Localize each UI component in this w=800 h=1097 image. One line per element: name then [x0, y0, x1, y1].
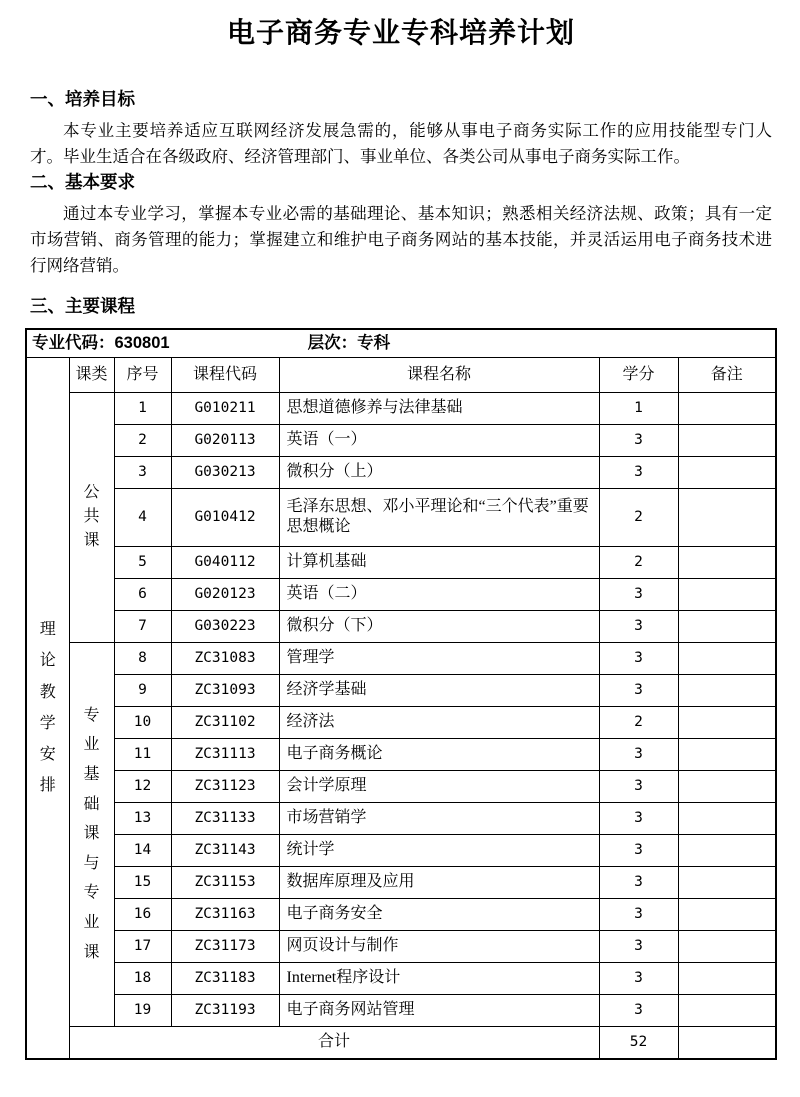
course-remarks-cell [678, 706, 776, 738]
course-remarks-cell [678, 770, 776, 802]
course-no-cell: 4 [114, 488, 171, 546]
course-credits-cell: 3 [599, 738, 678, 770]
course-name-cell: 市场营销学 [279, 802, 599, 834]
course-remarks-cell [678, 994, 776, 1026]
course-row: 专业基础课与专业课 8 ZC31083 管理学 3 [26, 642, 776, 674]
course-code-cell: G030223 [171, 610, 279, 642]
course-remarks-cell [678, 546, 776, 578]
course-code-cell: ZC31083 [171, 642, 279, 674]
course-credits-cell: 3 [599, 962, 678, 994]
course-code-cell: ZC31153 [171, 866, 279, 898]
header-remarks: 备注 [678, 357, 776, 392]
course-row: 16 ZC31163 电子商务安全 3 [26, 898, 776, 930]
course-row: 11 ZC31113 电子商务概论 3 [26, 738, 776, 770]
course-credits-cell: 1 [599, 392, 678, 424]
document-page: 电子商务专业专科培养计划 一、培养目标 本专业主要培养适应互联网经济发展急需的，… [0, 0, 800, 1060]
course-no-cell: 18 [114, 962, 171, 994]
course-no-cell: 14 [114, 834, 171, 866]
course-name-cell: 微积分（上） [279, 456, 599, 488]
course-no-cell: 2 [114, 424, 171, 456]
course-remarks-cell [678, 610, 776, 642]
course-remarks-cell [678, 456, 776, 488]
course-name-cell: 网页设计与制作 [279, 930, 599, 962]
course-row: 10 ZC31102 经济法 2 [26, 706, 776, 738]
total-remarks-cell [678, 1026, 776, 1059]
header-credits: 学分 [599, 357, 678, 392]
course-row: 7 G030223 微积分（下） 3 [26, 610, 776, 642]
course-credits-cell: 3 [599, 610, 678, 642]
table-info-row: 专业代码：630801 层次：专科 [26, 329, 776, 357]
course-credits-cell: 3 [599, 456, 678, 488]
course-remarks-cell [678, 642, 776, 674]
course-name-cell: 思想道德修养与法律基础 [279, 392, 599, 424]
header-index: 序号 [114, 357, 171, 392]
course-name-cell: 经济学基础 [279, 674, 599, 706]
course-remarks-cell [678, 802, 776, 834]
category-professional-text: 专业基础课与专业课 [82, 701, 100, 967]
course-name-cell: 英语（一） [279, 424, 599, 456]
course-name-cell: 会计学原理 [279, 770, 599, 802]
course-credits-cell: 2 [599, 488, 678, 546]
section-courses-heading: 三、主要课程 [30, 296, 772, 316]
section-goal-paragraph: 本专业主要培养适应互联网经济发展急需的，能够从事电子商务实际工作的应用技能型专门… [30, 118, 772, 170]
course-name-cell: Internet程序设计 [279, 962, 599, 994]
course-no-cell: 7 [114, 610, 171, 642]
course-no-cell: 16 [114, 898, 171, 930]
course-code-cell: ZC31173 [171, 930, 279, 962]
course-name-cell: 统计学 [279, 834, 599, 866]
course-remarks-cell [678, 578, 776, 610]
course-row: 9 ZC31093 经济学基础 3 [26, 674, 776, 706]
course-credits-cell: 3 [599, 674, 678, 706]
course-name-cell: 经济法 [279, 706, 599, 738]
course-row: 12 ZC31123 会计学原理 3 [26, 770, 776, 802]
course-credits-cell: 3 [599, 834, 678, 866]
table-header-row: 理论教学安排 课类 序号 课程代码 课程名称 学分 备注 [26, 357, 776, 392]
course-credits-cell: 3 [599, 802, 678, 834]
course-code-cell: ZC31183 [171, 962, 279, 994]
group-label-cell: 理论教学安排 [26, 357, 69, 1059]
course-code-cell: ZC31193 [171, 994, 279, 1026]
header-code: 课程代码 [171, 357, 279, 392]
course-row: 14 ZC31143 统计学 3 [26, 834, 776, 866]
course-credits-cell: 3 [599, 994, 678, 1026]
course-row: 4 G010412 毛泽东思想、邓小平理论和“三个代表”重要思想概论 2 [26, 488, 776, 546]
course-remarks-cell [678, 488, 776, 546]
course-remarks-cell [678, 898, 776, 930]
header-name: 课程名称 [279, 357, 599, 392]
course-table: 专业代码：630801 层次：专科 理论教学安排 课类 序号 课程代码 课程名称… [25, 328, 777, 1060]
major-code-text: 专业代码：630801 [27, 333, 303, 354]
info-cell: 专业代码：630801 层次：专科 [26, 329, 776, 357]
header-category: 课类 [69, 357, 114, 392]
course-code-cell: G010211 [171, 392, 279, 424]
course-code-cell: G020113 [171, 424, 279, 456]
course-no-cell: 13 [114, 802, 171, 834]
category-public-cell: 公共课 [69, 392, 114, 642]
course-no-cell: 1 [114, 392, 171, 424]
course-credits-cell: 3 [599, 898, 678, 930]
total-row: 合计 52 [26, 1026, 776, 1059]
total-label-cell: 合计 [69, 1026, 599, 1059]
course-name-cell: 电子商务安全 [279, 898, 599, 930]
course-row: 公共课 1 G010211 思想道德修养与法律基础 1 [26, 392, 776, 424]
course-remarks-cell [678, 424, 776, 456]
course-no-cell: 3 [114, 456, 171, 488]
course-no-cell: 11 [114, 738, 171, 770]
course-code-cell: ZC31102 [171, 706, 279, 738]
course-remarks-cell [678, 962, 776, 994]
course-row: 2 G020113 英语（一） 3 [26, 424, 776, 456]
section-goal-heading: 一、培养目标 [30, 89, 772, 109]
course-credits-cell: 3 [599, 642, 678, 674]
course-code-cell: ZC31113 [171, 738, 279, 770]
course-credits-cell: 3 [599, 770, 678, 802]
course-credits-cell: 3 [599, 424, 678, 456]
course-code-cell: ZC31123 [171, 770, 279, 802]
course-no-cell: 19 [114, 994, 171, 1026]
course-no-cell: 6 [114, 578, 171, 610]
course-row: 15 ZC31153 数据库原理及应用 3 [26, 866, 776, 898]
course-code-cell: ZC31133 [171, 802, 279, 834]
course-no-cell: 17 [114, 930, 171, 962]
course-no-cell: 5 [114, 546, 171, 578]
course-remarks-cell [678, 738, 776, 770]
course-name-cell: 电子商务网站管理 [279, 994, 599, 1026]
section-requirements-heading: 二、基本要求 [30, 172, 772, 192]
course-no-cell: 9 [114, 674, 171, 706]
course-row: 13 ZC31133 市场营销学 3 [26, 802, 776, 834]
course-row: 3 G030213 微积分（上） 3 [26, 456, 776, 488]
course-code-cell: ZC31143 [171, 834, 279, 866]
course-row: 5 G040112 计算机基础 2 [26, 546, 776, 578]
category-public-text: 公共课 [82, 481, 100, 553]
section-requirements-paragraph: 通过本专业学习，掌握本专业必需的基础理论、基本知识；熟悉相关经济法规、政策；具有… [30, 201, 772, 279]
course-name-cell: 数据库原理及应用 [279, 866, 599, 898]
level-text: 层次：专科 [308, 334, 391, 352]
course-code-cell: G040112 [171, 546, 279, 578]
course-name-cell: 英语（二） [279, 578, 599, 610]
course-row: 19 ZC31193 电子商务网站管理 3 [26, 994, 776, 1026]
course-remarks-cell [678, 674, 776, 706]
course-code-cell: ZC31093 [171, 674, 279, 706]
course-row: 17 ZC31173 网页设计与制作 3 [26, 930, 776, 962]
course-no-cell: 12 [114, 770, 171, 802]
course-remarks-cell [678, 866, 776, 898]
course-name-cell: 管理学 [279, 642, 599, 674]
course-code-cell: G020123 [171, 578, 279, 610]
document-title: 电子商务专业专科培养计划 [30, 16, 772, 50]
course-credits-cell: 2 [599, 546, 678, 578]
course-code-cell: G010412 [171, 488, 279, 546]
course-remarks-cell [678, 930, 776, 962]
course-code-cell: G030213 [171, 456, 279, 488]
course-row: 6 G020123 英语（二） 3 [26, 578, 776, 610]
course-code-cell: ZC31163 [171, 898, 279, 930]
course-name-cell: 计算机基础 [279, 546, 599, 578]
course-name-cell: 微积分（下） [279, 610, 599, 642]
course-no-cell: 8 [114, 642, 171, 674]
course-remarks-cell [678, 834, 776, 866]
course-credits-cell: 3 [599, 578, 678, 610]
course-remarks-cell [678, 392, 776, 424]
course-name-cell: 毛泽东思想、邓小平理论和“三个代表”重要思想概论 [279, 488, 599, 546]
group-label-text: 理论教学安排 [39, 614, 57, 801]
course-row: 18 ZC31183 Internet程序设计 3 [26, 962, 776, 994]
total-credits-cell: 52 [599, 1026, 678, 1059]
course-credits-cell: 3 [599, 930, 678, 962]
course-no-cell: 10 [114, 706, 171, 738]
course-name-cell: 电子商务概论 [279, 738, 599, 770]
course-credits-cell: 2 [599, 706, 678, 738]
category-professional-cell: 专业基础课与专业课 [69, 642, 114, 1026]
course-no-cell: 15 [114, 866, 171, 898]
course-credits-cell: 3 [599, 866, 678, 898]
